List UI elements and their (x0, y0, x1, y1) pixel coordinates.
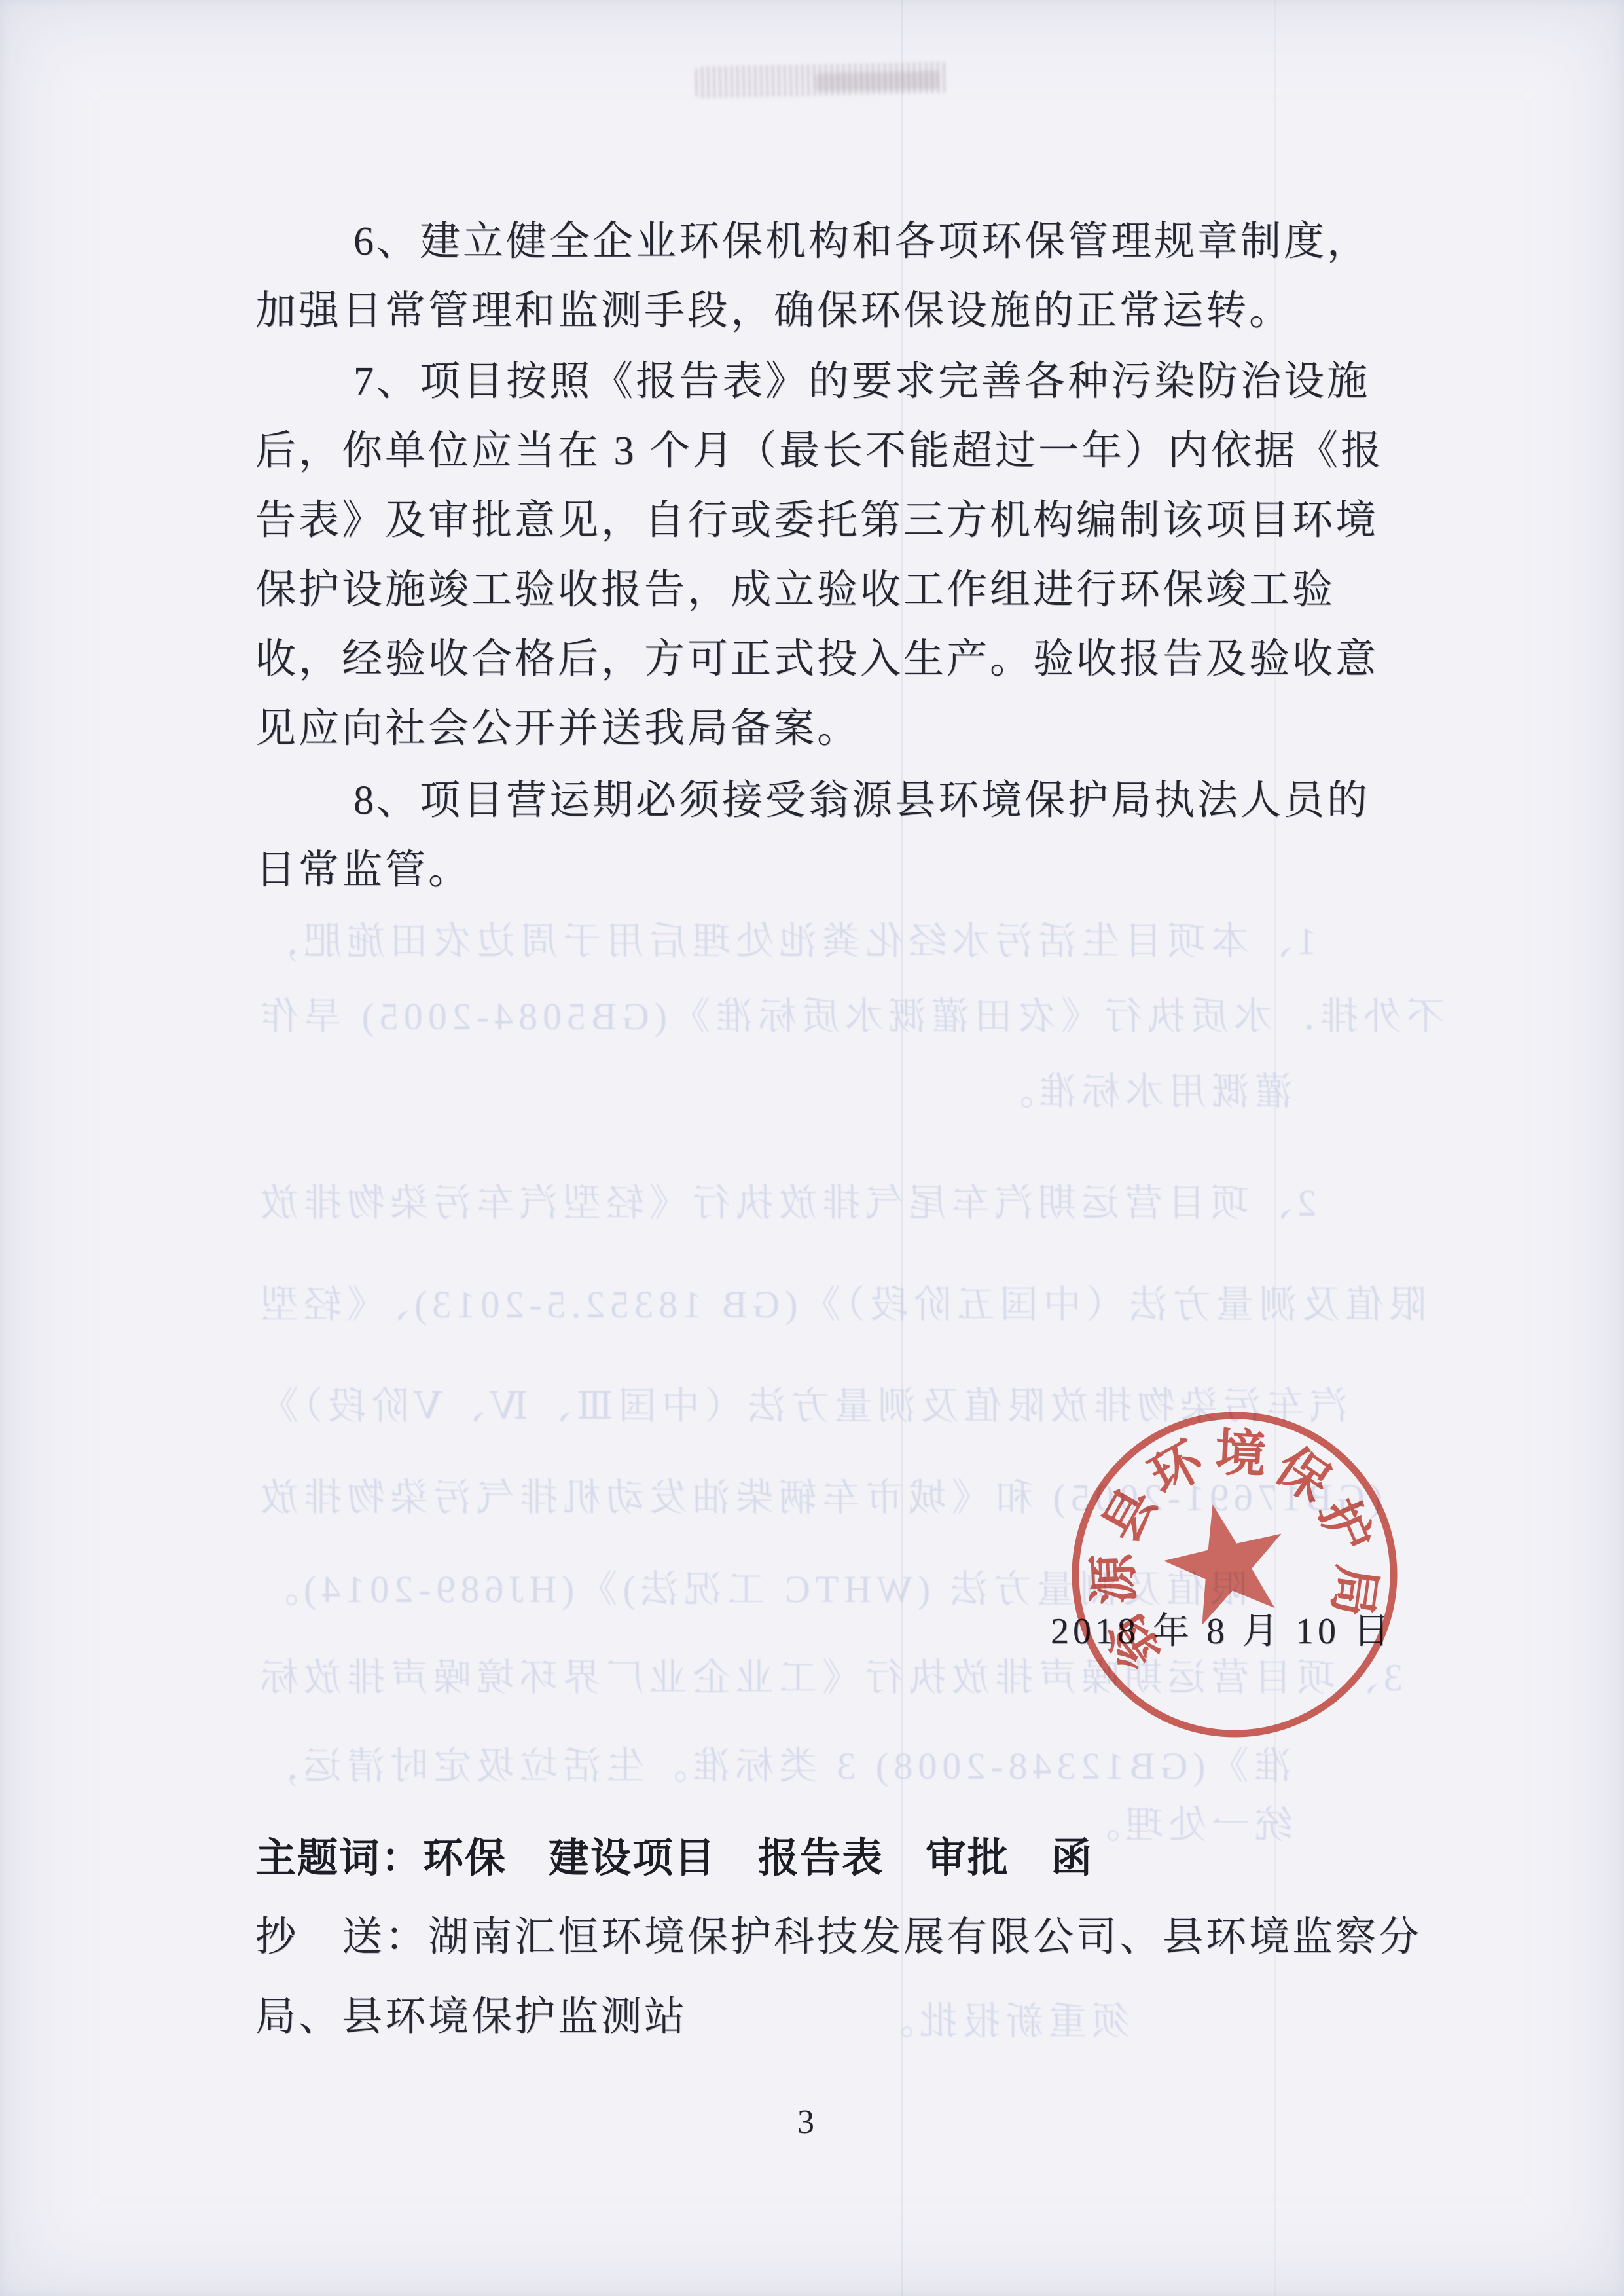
body-line-2: 加强日常管理和监测手段，确保环保设施的正常运转。 (255, 278, 1292, 336)
body-line-6: 保护设施竣工验收报告，成立验收工作组进行环保竣工验 (255, 556, 1335, 615)
bleedthrough-line: 1、本项目生活污水经化粪池处理后用于周边农田施肥， (255, 910, 1316, 965)
bleedthrough-line: 灌溉用水标准。 (990, 1061, 1293, 1116)
cc-line-1: 抄 送：湖南汇恒环境保护科技发展有限公司、县环境监察分 (255, 1904, 1422, 1962)
cc-line-2: 局、县环境保护监测站 (255, 1984, 687, 2042)
scanned-page: { "theme": { "paper": "#f2f2f7", "ink": … (0, 0, 1624, 2296)
date-line: 2018 年 8 月 10 日 (1051, 1602, 1394, 1654)
scanner-smudge-dark (815, 71, 939, 91)
body-line-10: 日常监管。 (255, 837, 471, 895)
body-line-1: 6、建立健全企业环保机构和各项环保管理规章制度， (255, 208, 1370, 266)
body-line-8: 见应向社会公开并送我局备案。 (255, 695, 860, 754)
bleedthrough-line: 限值及测量方法（中国五阶段）》(GB 18352.5-2013)、《轻型 (255, 1273, 1427, 1328)
official-seal: 翁源县环境保护局 (1056, 1396, 1414, 1754)
body-line-5: 告表》及审批意见，自行或委托第三方机构编制该项目环境 (255, 487, 1379, 545)
bleedthrough-line: 不外排．水质执行《农田灌溉水质标准》(GB5084-2005) 旱作 (255, 985, 1445, 1040)
body-line-3: 7、项目按照《报告表》的要求完善各种污染防治设施 (255, 348, 1370, 407)
body-line-7: 收，经验收合格后，方可正式投入生产。验收报告及验收意 (255, 626, 1379, 684)
body-line-9: 8、项目营运期必须接受翁源县环境保护局执法人员的 (255, 767, 1370, 826)
body-line-4: 后，你单位应当在 3 个月（最长不能超过一年）内依据《报 (255, 418, 1384, 476)
bleedthrough-line: 2、项目营运期汽车尾气排放执行《轻型汽车污染物排放 (255, 1172, 1316, 1227)
bleedthrough-line: 须重新报批。 (871, 1990, 1130, 2045)
page-number: 3 (797, 2103, 814, 2141)
keywords-line: 主题词：环保 建设项目 报告表 审批 函 (255, 1825, 1093, 1884)
bleedthrough-line: 统一处理。 (1077, 1794, 1293, 1849)
